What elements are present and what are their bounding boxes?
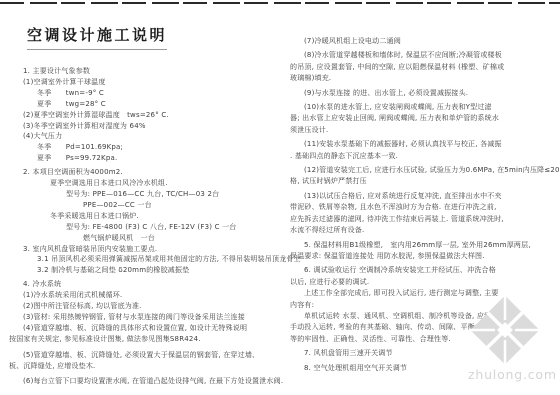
zhulong-logo-icon — [467, 294, 543, 366]
text-line: 型号为: FE-4800 (F3) C 八台, FE-12V (F3) C 一台 — [23, 222, 323, 233]
top-border-line — [0, 2, 560, 4]
text-line: 燃气锅炉暖风机 一台 — [23, 233, 323, 244]
text-line: (1)空调室外计算干球温度 — [23, 77, 323, 88]
text-line: 按国家有关规定, 参见标准设计图集, 做法参见图集S8R424. — [9, 334, 323, 345]
text-line: (5)管道穿越墙、板、沉降缝处, 必须设置大于保温层的钢套管, 在穿过墙、 — [23, 350, 323, 361]
zhulong-watermark-text: zhulong.com — [468, 367, 557, 382]
text-line: 冬季 Pd=101.69Kpa; — [23, 142, 323, 153]
text-line: 的吊顶, 应设置套管, 中间的空隙, 应以阻燃保温材料 (橡塑、矿棉或 — [290, 62, 558, 73]
text-line: 1. 主要设计气象参数 — [23, 66, 323, 77]
text-line: (13)以试压合格后, 应对系统进行反复冲洗, 直至排出水中不夹 — [290, 191, 558, 202]
text-line: PPE—002—CC 一台 — [23, 200, 323, 211]
text-line: 板、沉降缝处, 应增设垫木. — [9, 361, 323, 372]
document-page: 空调设计施工说明 1. 主要设计气象参数(1)空调室外计算干球温度冬季 twn=… — [0, 0, 560, 395]
text-line: 2. 本项目空调面积为4000m2. — [23, 167, 323, 178]
text-line: 器; 出水管上应安装止回阀, 闸阀或蝶阀, 压力表和单炉管的系统水 — [290, 113, 558, 124]
text-line: (6)每台立管下口要均设置泄水阀, 在管道凸起处设排气阀, 在最下方处设置泄水阀… — [23, 376, 323, 387]
text-line: 须泄压设计. — [290, 125, 558, 136]
text-line: 6. 调试验收运行 空调制冷系统安装完工并经试压、冲洗合格 — [290, 265, 558, 276]
text-line: 以后, 应进行必要的调试. — [290, 277, 558, 288]
text-line: (7)冷暖风机组上设电动二通阀 — [290, 36, 558, 47]
text-line: 水流不得经过所有设备. — [290, 225, 558, 236]
text-line: (3)管材: 采用热镀锌钢管, 管材与水泵连接的阀门等设备采用法兰连接 — [23, 312, 323, 323]
text-line: 夏季 Ps=99.72Kpa. — [23, 153, 323, 164]
text-line: (10)水泵的进水管上, 应安装闸阀或蝶阀, 压力表和Y型过滤 — [290, 102, 558, 113]
text-line: 保温要求: 保温管道连接处 用防水胶泥, 参照保温做法大样图. — [290, 251, 558, 262]
text-line: (8)冷水管道穿越楼板和墙体时, 保温层不应间断;冷凝管或楼板 — [290, 50, 558, 61]
text-line: (4)管道穿越墙、板、沉降缝的具体形式和设置位置, 如设计无特殊说明 — [23, 323, 323, 334]
text-line: 3.1 吊顶风机必须采用弹簧减振吊架或用其他固定的方法, 不得吊装明装吊顶龙骨上 — [23, 254, 323, 265]
text-line: (2)图中所注管径标高, 均以管底为准. — [23, 301, 323, 312]
text-line: 带泥砂、铁屑等杂物, 且水色不浑浊时方为合格. 在进行冲洗之前, — [290, 202, 558, 213]
text-line: 3. 室内风机盘管暗装吊顶内安装施工要点. — [23, 244, 323, 255]
text-line: 型号为: PPE—016—CC 九台, TC/CH—03 2台 — [23, 189, 323, 200]
text-line: (1)冷水系统采用闭式机械循环. — [23, 290, 323, 301]
text-line: 格, 试压时锅炉严禁打压 — [290, 176, 558, 187]
text-line: (2)夏季空调室外计算湿球温度 tws=26° C. — [23, 110, 323, 121]
page-title: 空调设计施工说明 — [27, 24, 167, 50]
text-line: (12)管道安装完工后, 应进行水压试验, 试验压力为0.6MPa, 在5min… — [290, 165, 558, 176]
text-line: 5. 保温材料用B1级橡塑, 室内用26mm厚一层, 室外用26mm厚两层, — [290, 240, 558, 251]
text-line: 4. 冷水系统 — [23, 279, 323, 290]
text-line: (3)冬季空调室外计算相对湿度为 64% — [23, 121, 323, 132]
text-line: 夏季空调选用日本进口风冷冷水机组. — [23, 178, 323, 189]
text-line: (11)安装水泵基础下的减振器时, 必须认真找平与校正, 各减振 — [290, 139, 558, 150]
text-line: (4)大气压力 — [23, 131, 323, 142]
text-line: . 基础四点的静态下沉应基本一致. — [290, 151, 558, 162]
text-line: 应先拆去过滤器的滤网, 待冲洗工作结束后再装上. 管道系统冲洗时, — [290, 214, 558, 225]
text-line: 玻璃棉)填充. — [290, 73, 558, 84]
text-line: 冬季采暖选用日本进口锅炉. — [23, 211, 323, 222]
text-line: 冬季 twn=-9° C — [23, 88, 323, 99]
left-column: 1. 主要设计气象参数(1)空调室外计算干球温度冬季 twn=-9° C夏季 t… — [23, 66, 323, 387]
text-line: 3.2 制冷机与基础之间垫 δ20mm的橡胶减振垫 — [23, 265, 323, 276]
text-line: (9)与水泵连接 的进、出水管上, 必须设置减振接头. — [290, 88, 558, 99]
text-line: 夏季 twg=28° C — [23, 99, 323, 110]
